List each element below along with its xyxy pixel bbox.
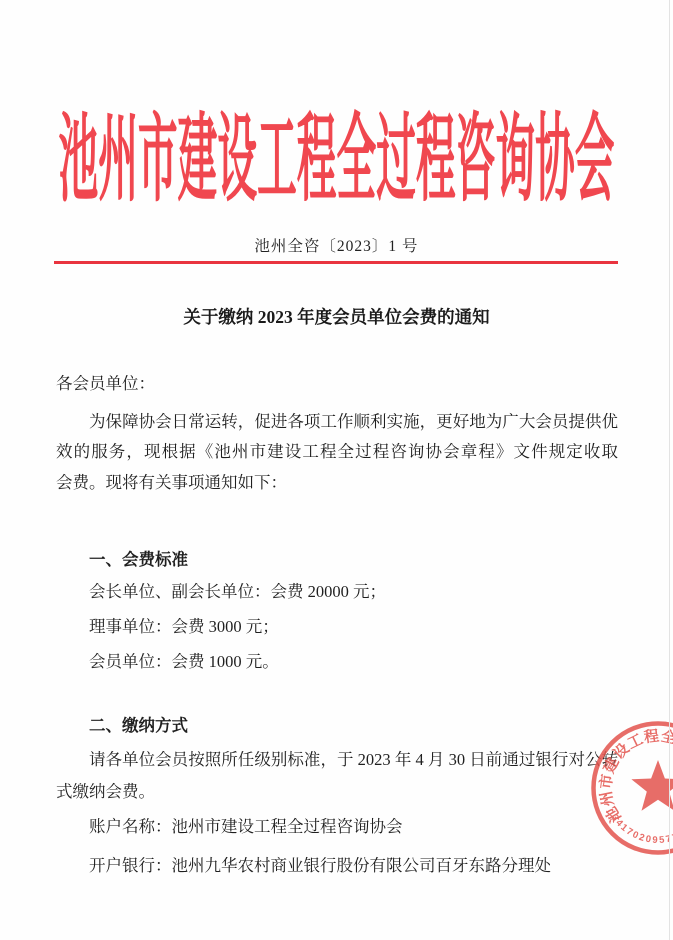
seal-name-arc: 池州市建设工程全过程咨询协会 <box>597 726 673 829</box>
letterhead: 池州市建设工程全过程咨询协会 <box>56 92 617 220</box>
bank-line: 开户银行：池州九华农村商业银行股份有限公司百牙东路分理处 <box>89 853 551 879</box>
scanned-notice-page: 池州市建设工程全过程咨询协会 池州全咨〔2023〕1 号 关于缴纳 2023 年… <box>0 0 673 940</box>
notice-title: 关于缴纳 2023 年度会员单位会费的通知 <box>54 304 619 329</box>
scan-page-edge <box>669 0 670 940</box>
intro-line-1: 为保障协会日常运转，促进各项工作顺利实施，更好地为广大会员提供优质高 <box>89 409 618 435</box>
red-rule <box>54 261 618 264</box>
intro-line-3: 会费。现将有关事项通知如下： <box>56 470 287 496</box>
seal-star-icon <box>631 760 673 811</box>
fee-item-member: 会员单位：会费 1000 元。 <box>89 649 279 675</box>
section2-heading: 二、缴纳方式 <box>89 713 188 739</box>
payment-line-1: 请各单位会员按照所任级别标准，于 2023 年 4 月 30 日前通过银行对公转… <box>89 747 618 773</box>
salutation-line: 各会员单位： <box>56 371 155 397</box>
fee-item-director: 理事单位：会费 3000 元； <box>89 614 279 640</box>
letterhead-svg: 池州市建设工程全过程咨询协会 <box>56 92 617 220</box>
intro-line-2: 效的服务，现根据《池州市建设工程全过程咨询协会章程》文件规定收取 2023 年度 <box>56 439 618 465</box>
seal-number-arc: 341702095770 <box>609 812 673 846</box>
org-title-text: 池州市建设工程全过程咨询协会 <box>59 106 615 213</box>
doc-number: 池州全咨〔2023〕1 号 <box>54 234 619 256</box>
section1-heading: 一、会费标准 <box>89 547 188 573</box>
fee-item-president: 会长单位、副会长单位：会费 20000 元； <box>89 579 386 605</box>
account-name-line: 账户名称：池州市建设工程全过程咨询协会 <box>89 814 403 840</box>
payment-line-2: 式缴纳会费。 <box>56 779 155 805</box>
seal-ring <box>594 724 673 853</box>
